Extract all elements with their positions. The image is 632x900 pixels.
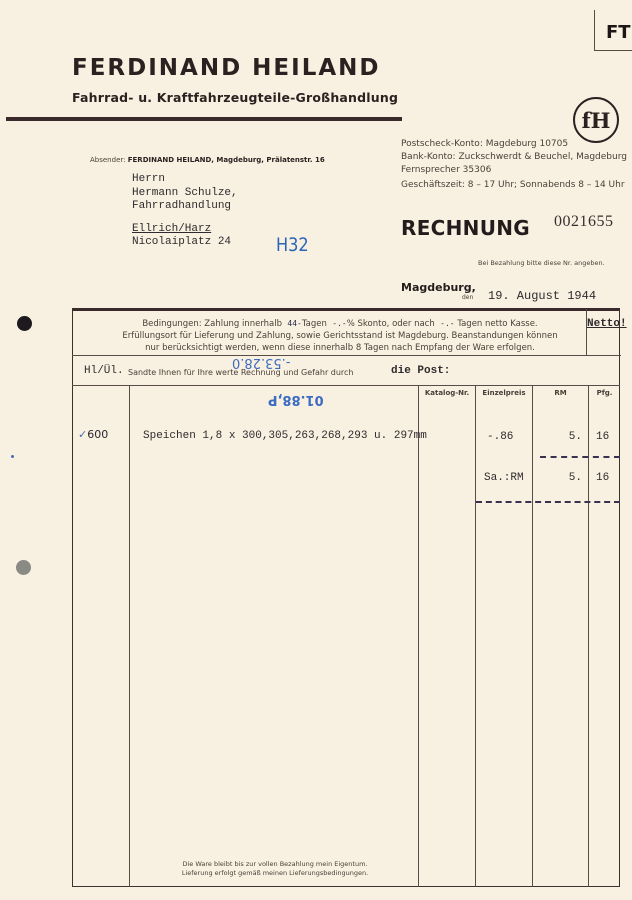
header-rule bbox=[6, 117, 402, 121]
table-row-quantity: ✓600 bbox=[78, 428, 108, 441]
col-line-price bbox=[532, 385, 533, 887]
netto-days: -.- bbox=[440, 319, 454, 328]
sender-value: FERDINAND HEILAND, Magdeburg, Prälatenst… bbox=[128, 156, 325, 164]
header-catalog: Katalog-Nr. bbox=[419, 389, 475, 397]
check-mark-icon: ✓ bbox=[78, 428, 87, 441]
header-rm: RM bbox=[533, 389, 588, 397]
handwritten-code: H32 bbox=[276, 234, 309, 256]
total-label: Sa.:RM bbox=[484, 472, 524, 484]
invoice-place: Magdeburg, bbox=[401, 281, 476, 294]
pencil-annotation-below: 01.88,P bbox=[268, 392, 324, 407]
total-pfg: 16 bbox=[596, 472, 609, 484]
footer-line-2: Lieferung erfolgt gemäß meinen Lieferung… bbox=[150, 869, 400, 878]
total-rm: 5. bbox=[542, 472, 582, 484]
shipping-via: die Post: bbox=[391, 365, 450, 377]
company-subtitle: Fahrrad- u. Kraftfahrzeugteile-Großhandl… bbox=[72, 90, 398, 105]
table-row-rm: 5. bbox=[542, 431, 582, 443]
col-line-qty bbox=[129, 385, 130, 887]
header-unit-price: Einzelpreis bbox=[476, 389, 532, 397]
corner-tab-label: FT bbox=[606, 22, 631, 43]
recipient-city: Ellrich/Harz bbox=[132, 223, 211, 235]
ink-dot bbox=[11, 455, 14, 458]
col-line-rm bbox=[588, 385, 589, 887]
recipient-salutation: Herrn bbox=[132, 173, 165, 185]
invoice-date: 19. August 1944 bbox=[488, 289, 596, 303]
shipping-divider bbox=[72, 385, 620, 386]
sender-line: Absender: FERDINAND HEILAND, Magdeburg, … bbox=[90, 156, 325, 164]
table-row-unit-price: -.86 bbox=[487, 431, 513, 443]
col-line-desc bbox=[418, 385, 419, 887]
conditions-line-2: Erfüllungsort für Lieferung und Zahlung,… bbox=[80, 330, 600, 342]
conditions-divider bbox=[72, 355, 620, 356]
conditions-line-3: nur berücksichtigt werden, wenn diese in… bbox=[80, 342, 600, 354]
invoice-number-note: Bei Bezahlung bitte diese Nr. angeben. bbox=[478, 259, 605, 267]
recipient-name: Hermann Schulze, bbox=[132, 187, 238, 199]
sender-label: Absender: bbox=[90, 156, 126, 164]
shipping-code: Hl/Ül. bbox=[84, 365, 124, 377]
conditions-line-1: Bedingungen: Zahlung innerhalb 44-Tagen … bbox=[80, 318, 600, 330]
payment-days: 44- bbox=[287, 319, 301, 328]
footer-terms: Die Ware bleibt bis zur vollen Bezahlung… bbox=[150, 860, 400, 878]
header-pfg: Pfg. bbox=[589, 389, 620, 397]
netto-stamp: Netto! bbox=[587, 318, 627, 330]
pencil-annotation-top: -.53.28.0 bbox=[232, 355, 290, 370]
invoice-title: RECHNUNG bbox=[401, 216, 530, 240]
recipient-business: Fahrradhandlung bbox=[132, 200, 231, 212]
table-row-pfg: 16 bbox=[596, 431, 609, 443]
punch-hole-bottom bbox=[16, 560, 31, 575]
company-name: FERDINAND HEILAND bbox=[72, 55, 381, 81]
punch-hole-top bbox=[17, 316, 32, 331]
postscheck-account: Postscheck-Konto: Magdeburg 10705 bbox=[401, 139, 568, 149]
row-underline bbox=[540, 456, 620, 458]
bank-account: Bank-Konto: Zuckschwerdt & Beuchel, Magd… bbox=[401, 152, 627, 162]
payment-conditions: Bedingungen: Zahlung innerhalb 44-Tagen … bbox=[80, 318, 600, 354]
phone-number: Fernsprecher 35306 bbox=[401, 165, 491, 175]
date-prefix: den bbox=[462, 294, 473, 301]
col-line-catalog bbox=[475, 385, 476, 887]
business-hours: Geschäftszeit: 8 – 17 Uhr; Sonnabends 8 … bbox=[401, 180, 625, 190]
recipient-street: Nicolaiplatz 24 bbox=[132, 236, 231, 248]
footer-line-1: Die Ware bleibt bis zur vollen Bezahlung… bbox=[150, 860, 400, 869]
company-logo-icon: fH bbox=[573, 97, 619, 143]
invoice-number: 0021655 bbox=[554, 213, 614, 231]
skonto-percent: -.- bbox=[332, 319, 346, 328]
table-row-description: Speichen 1,8 x 300,305,263,268,293 u. 29… bbox=[143, 430, 427, 442]
total-double-underline bbox=[476, 501, 620, 503]
